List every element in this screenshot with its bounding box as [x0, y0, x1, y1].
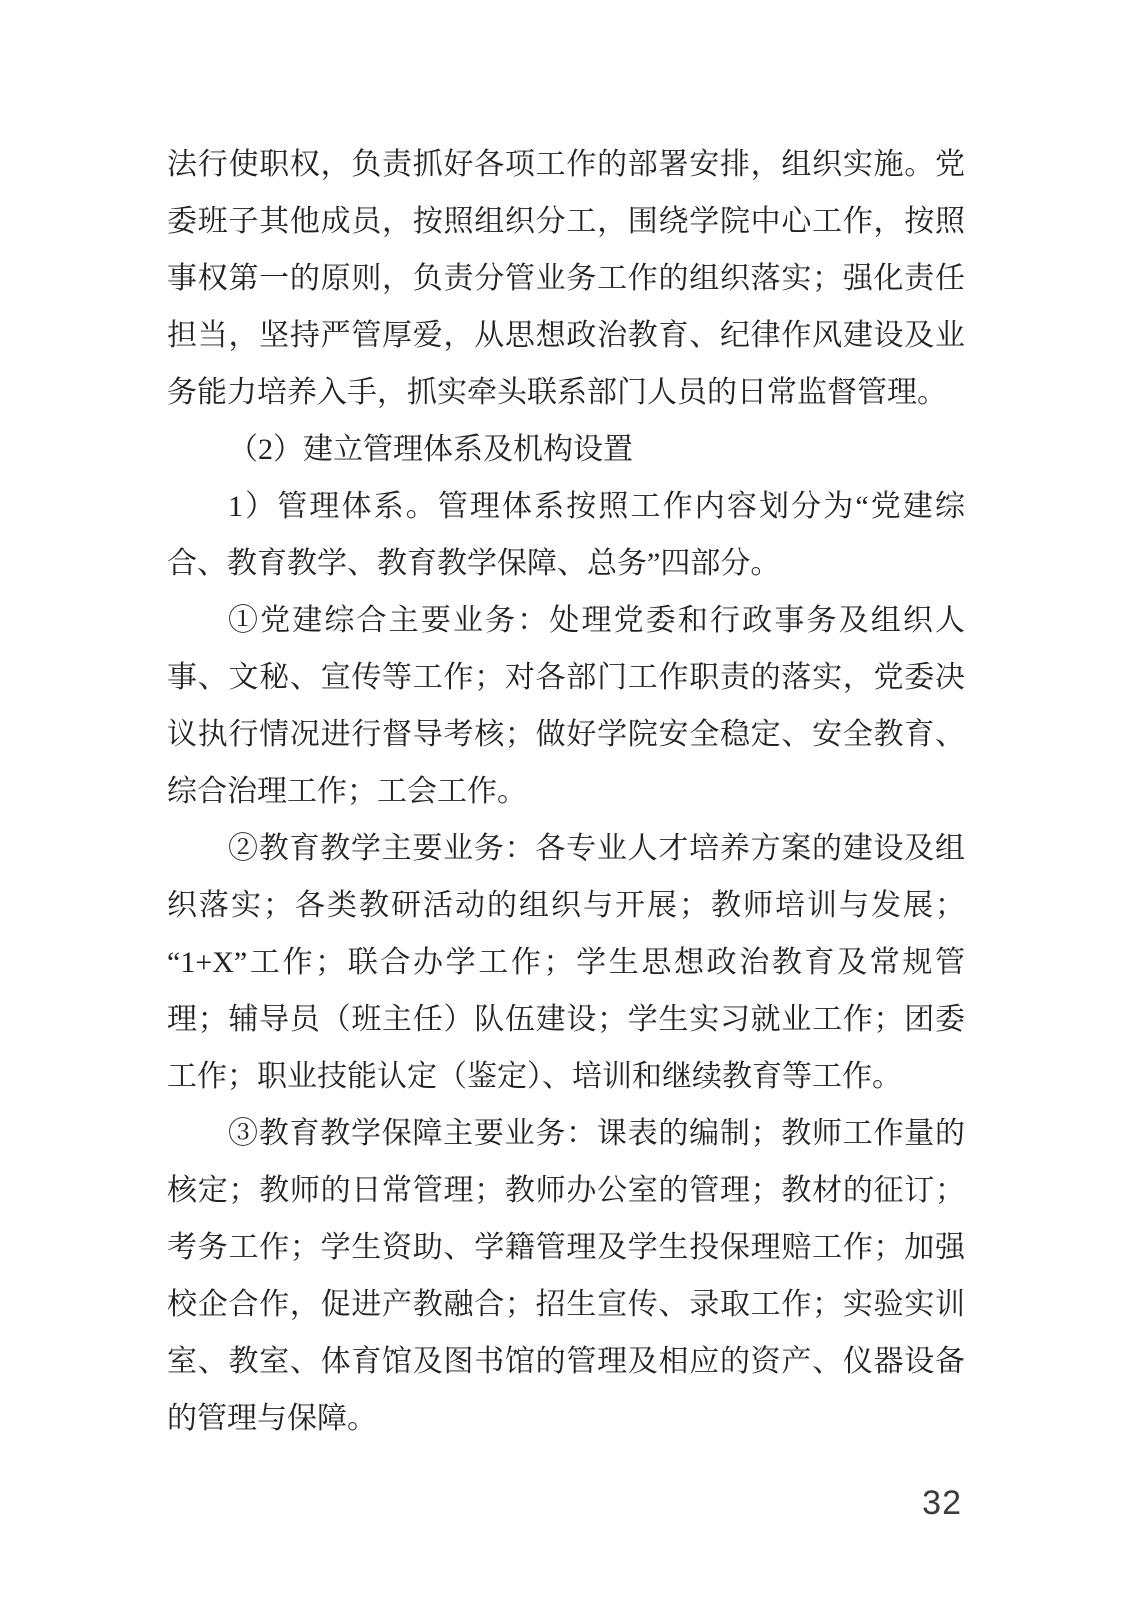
- text-line: ③教育教学保障主要业务：课表的编制；教师工作量的: [167, 1105, 965, 1162]
- text-block: 法行使职权，负责抓好各项工作的部署安排，组织实施。党委班子其他成员，按照组织分工…: [167, 136, 965, 1447]
- text-line: 工作；职业技能认定（鉴定）、培训和继续教育等工作。: [167, 1048, 965, 1105]
- paragraph: 法行使职权，负责抓好各项工作的部署安排，组织实施。党委班子其他成员，按照组织分工…: [167, 136, 965, 421]
- text-line: 事权第一的原则，负责分管业务工作的组织落实；强化责任: [167, 250, 965, 307]
- text-line: ①党建综合主要业务：处理党委和行政事务及组织人: [167, 592, 965, 649]
- text-line: ②教育教学主要业务：各专业人才培养方案的建设及组: [167, 820, 965, 877]
- text-line: 法行使职权，负责抓好各项工作的部署安排，组织实施。党: [167, 136, 965, 193]
- text-line: （2）建立管理体系及机构设置: [167, 421, 965, 478]
- text-line: 核定；教师的日常管理；教师办公室的管理；教材的征订；: [167, 1162, 965, 1219]
- paragraph: ②教育教学主要业务：各专业人才培养方案的建设及组织落实；各类教研活动的组织与开展…: [167, 820, 965, 1105]
- text-line: 织落实；各类教研活动的组织与开展；教师培训与发展；: [167, 877, 965, 934]
- text-line: 考务工作；学生资助、学籍管理及学生投保理赔工作；加强: [167, 1219, 965, 1276]
- text-line: 担当，坚持严管厚爱，从思想政治教育、纪律作风建设及业: [167, 307, 965, 364]
- text-line: 室、教室、体育馆及图书馆的管理及相应的资产、仪器设备: [167, 1333, 965, 1390]
- document-page: 法行使职权，负责抓好各项工作的部署安排，组织实施。党委班子其他成员，按照组织分工…: [0, 0, 1131, 1600]
- paragraph: 1）管理体系。管理体系按照工作内容划分为“党建综合、教育教学、教育教学保障、总务…: [167, 478, 965, 592]
- page-number: 32: [922, 1483, 962, 1523]
- text-line: 合、教育教学、教育教学保障、总务”四部分。: [167, 535, 965, 592]
- paragraph: ③教育教学保障主要业务：课表的编制；教师工作量的核定；教师的日常管理；教师办公室…: [167, 1105, 965, 1447]
- text-line: 综合治理工作；工会工作。: [167, 763, 965, 820]
- paragraph: （2）建立管理体系及机构设置: [167, 421, 965, 478]
- text-line: 议执行情况进行督导考核；做好学院安全稳定、安全教育、: [167, 706, 965, 763]
- text-line: 的管理与保障。: [167, 1390, 965, 1447]
- paragraph: ①党建综合主要业务：处理党委和行政事务及组织人事、文秘、宣传等工作；对各部门工作…: [167, 592, 965, 820]
- text-line: 1）管理体系。管理体系按照工作内容划分为“党建综: [167, 478, 965, 535]
- text-line: 校企合作，促进产教融合；招生宣传、录取工作；实验实训: [167, 1276, 965, 1333]
- text-line: 理；辅导员（班主任）队伍建设；学生实习就业工作；团委: [167, 991, 965, 1048]
- text-line: 务能力培养入手，抓实牵头联系部门人员的日常监督管理。: [167, 364, 965, 421]
- text-line: “1+X”工作；联合办学工作；学生思想政治教育及常规管: [167, 934, 965, 991]
- text-line: 事、文秘、宣传等工作；对各部门工作职责的落实，党委决: [167, 649, 965, 706]
- text-line: 委班子其他成员，按照组织分工，围绕学院中心工作，按照: [167, 193, 965, 250]
